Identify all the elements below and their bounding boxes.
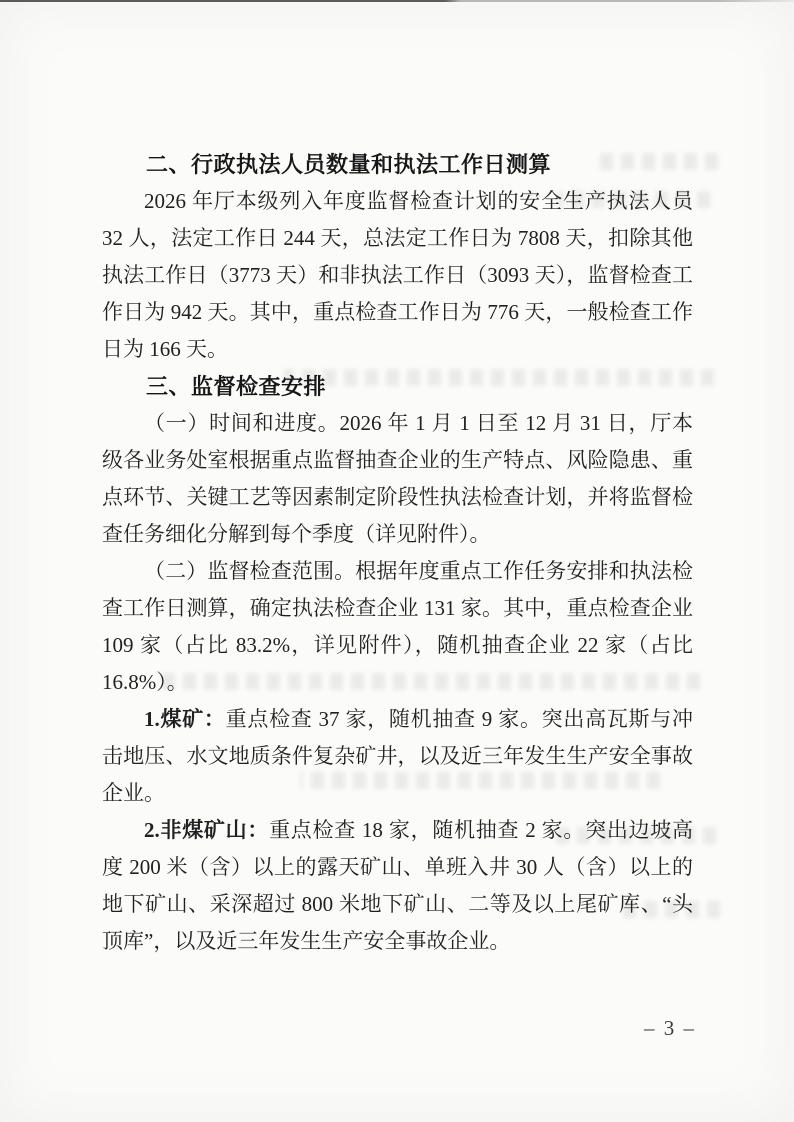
scanned-document-page: 二、行政执法人员数量和执法工作日测算 2026 年厅本级列入年度监督检查计划的安… <box>0 0 794 1122</box>
section-heading-enforcement-workday-calculation: 二、行政执法人员数量和执法工作日测算 <box>102 146 693 183</box>
paragraph-workday-statistics: 2026 年厅本级列入年度监督检查计划的安全生产执法人员 32 人，法定工作日 … <box>102 183 693 368</box>
scan-artifact-top-edge <box>0 0 794 2</box>
paragraph-coal-mine: 1.煤矿：重点检查 37 家，随机抽查 9 家。突出高瓦斯与冲击地压、水文地质条… <box>102 701 693 812</box>
document-body: 二、行政执法人员数量和执法工作日测算 2026 年厅本级列入年度监督检查计划的安… <box>102 146 693 960</box>
paragraph-inspection-scope: （二）监督检查范围。根据年度重点工作任务安排和执法检查工作日测算，确定执法检查企… <box>102 553 693 701</box>
paragraph-time-and-progress: （一）时间和进度。2026 年 1 月 1 日至 12 月 31 日，厅本级各业… <box>102 405 693 553</box>
section-heading-supervision-inspection-arrangement: 三、监督检查安排 <box>102 368 693 405</box>
non-coal-mine-lead-label: 2.非煤矿山： <box>144 818 269 842</box>
coal-mine-lead-label: 1.煤矿： <box>144 707 226 731</box>
paragraph-non-coal-mine: 2.非煤矿山：重点检查 18 家，随机抽查 2 家。突出边坡高度 200 米（含… <box>102 812 693 960</box>
page-number: – 3 – <box>644 1016 696 1041</box>
